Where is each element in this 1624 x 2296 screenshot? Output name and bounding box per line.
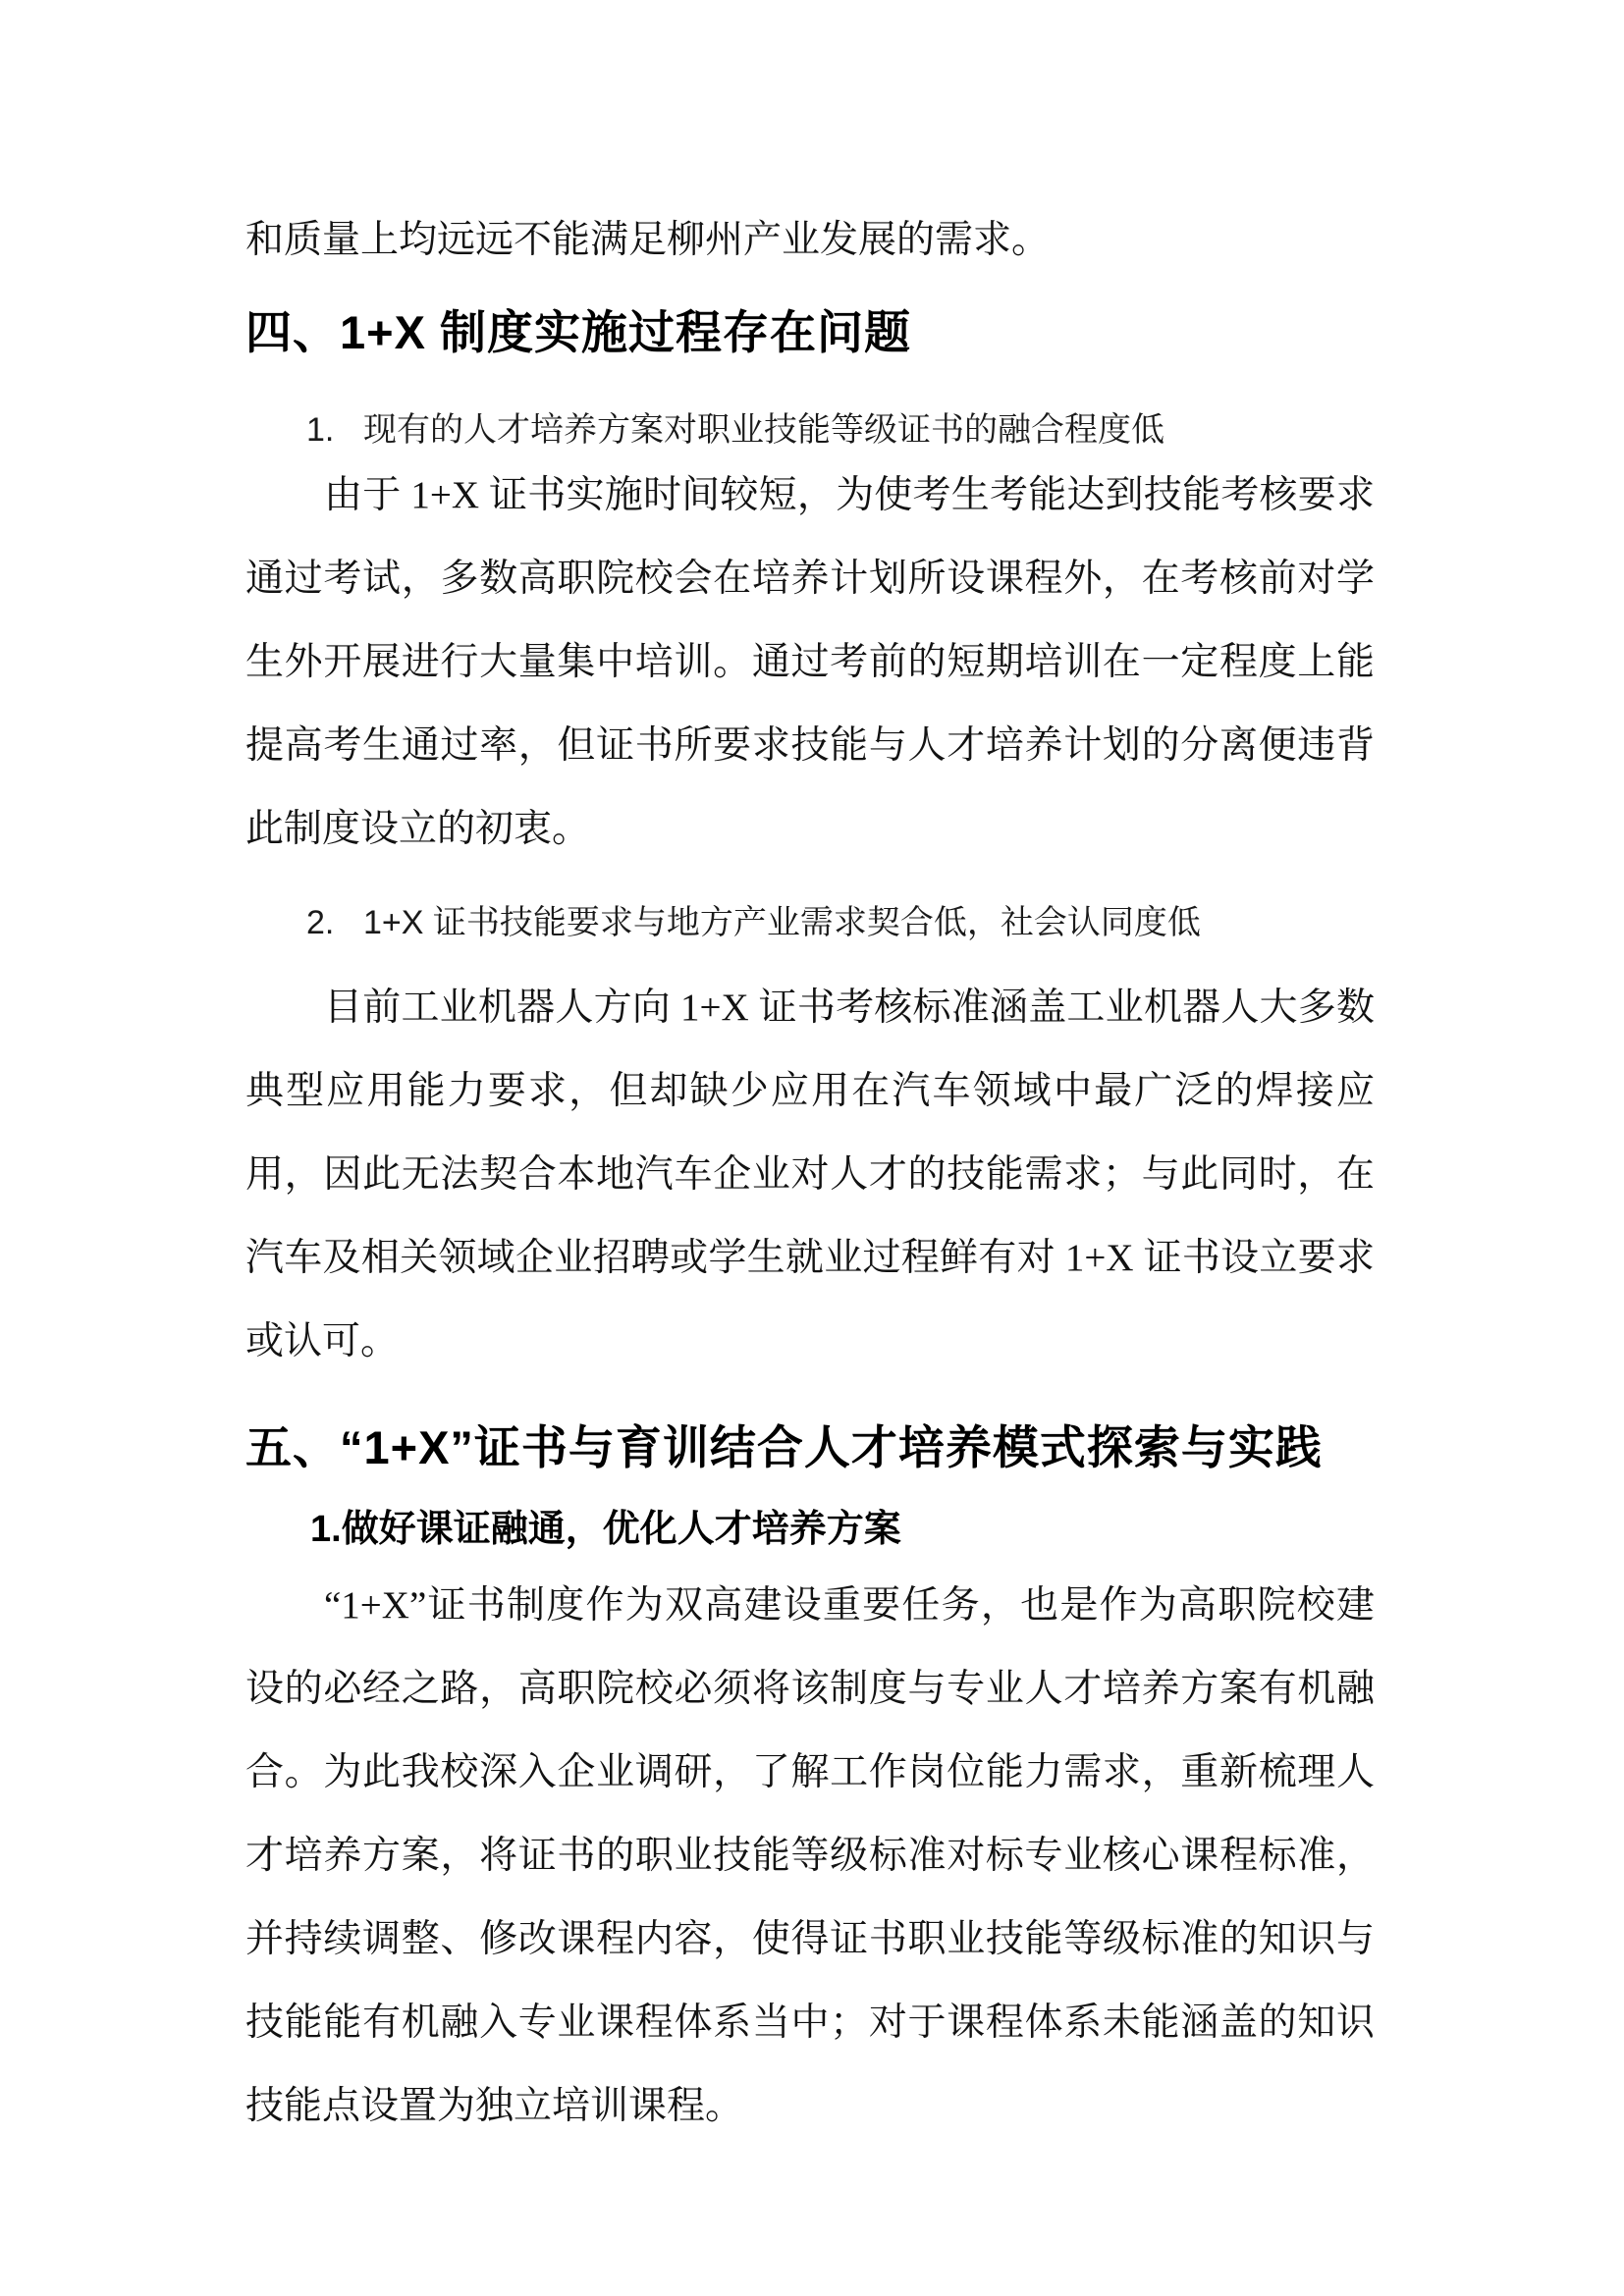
- numbered-item-1: 1. 现有的人才培养方案对职业技能等级证书的融合程度低: [245, 406, 1375, 454]
- section-four-paragraph-1: 由于 1+X 证书实施时间较短，为使考生考能达到技能考核要求通过考试，多数高职院…: [245, 454, 1375, 871]
- section-five-sub-heading: 1.做好课证融通，优化人才培养方案: [245, 1502, 1375, 1557]
- section-five-paragraph-1: “1+X”证书制度作为双高建设重要任务，也是作为高职院校建设的必经之路，高职院校…: [245, 1564, 1375, 2148]
- numbered-item-1-number: 1.: [306, 406, 363, 454]
- document-page: 和质量上均远远不能满足柳州产业发展的需求。 四、1+X 制度实施过程存在问题 1…: [0, 0, 1624, 2296]
- numbered-item-2-number: 2.: [306, 899, 363, 946]
- continuation-paragraph: 和质量上均远远不能满足柳州产业发展的需求。: [245, 198, 1375, 282]
- section-five-heading: 五、“1+X”证书与育训结合人才培养模式探索与实践: [245, 1418, 1375, 1477]
- numbered-item-2: 2. 1+X 证书技能要求与地方产业需求契合低，社会认同度低: [245, 899, 1375, 946]
- section-four-heading: 四、1+X 制度实施过程存在问题: [245, 303, 1375, 362]
- numbered-item-1-label: 现有的人才培养方案对职业技能等级证书的融合程度低: [363, 406, 1164, 454]
- section-four-paragraph-2: 目前工业机器人方向 1+X 证书考核标准涵盖工业机器人大多数典型应用能力要求，但…: [245, 966, 1375, 1383]
- numbered-item-2-label: 1+X 证书技能要求与地方产业需求契合低，社会认同度低: [363, 899, 1201, 946]
